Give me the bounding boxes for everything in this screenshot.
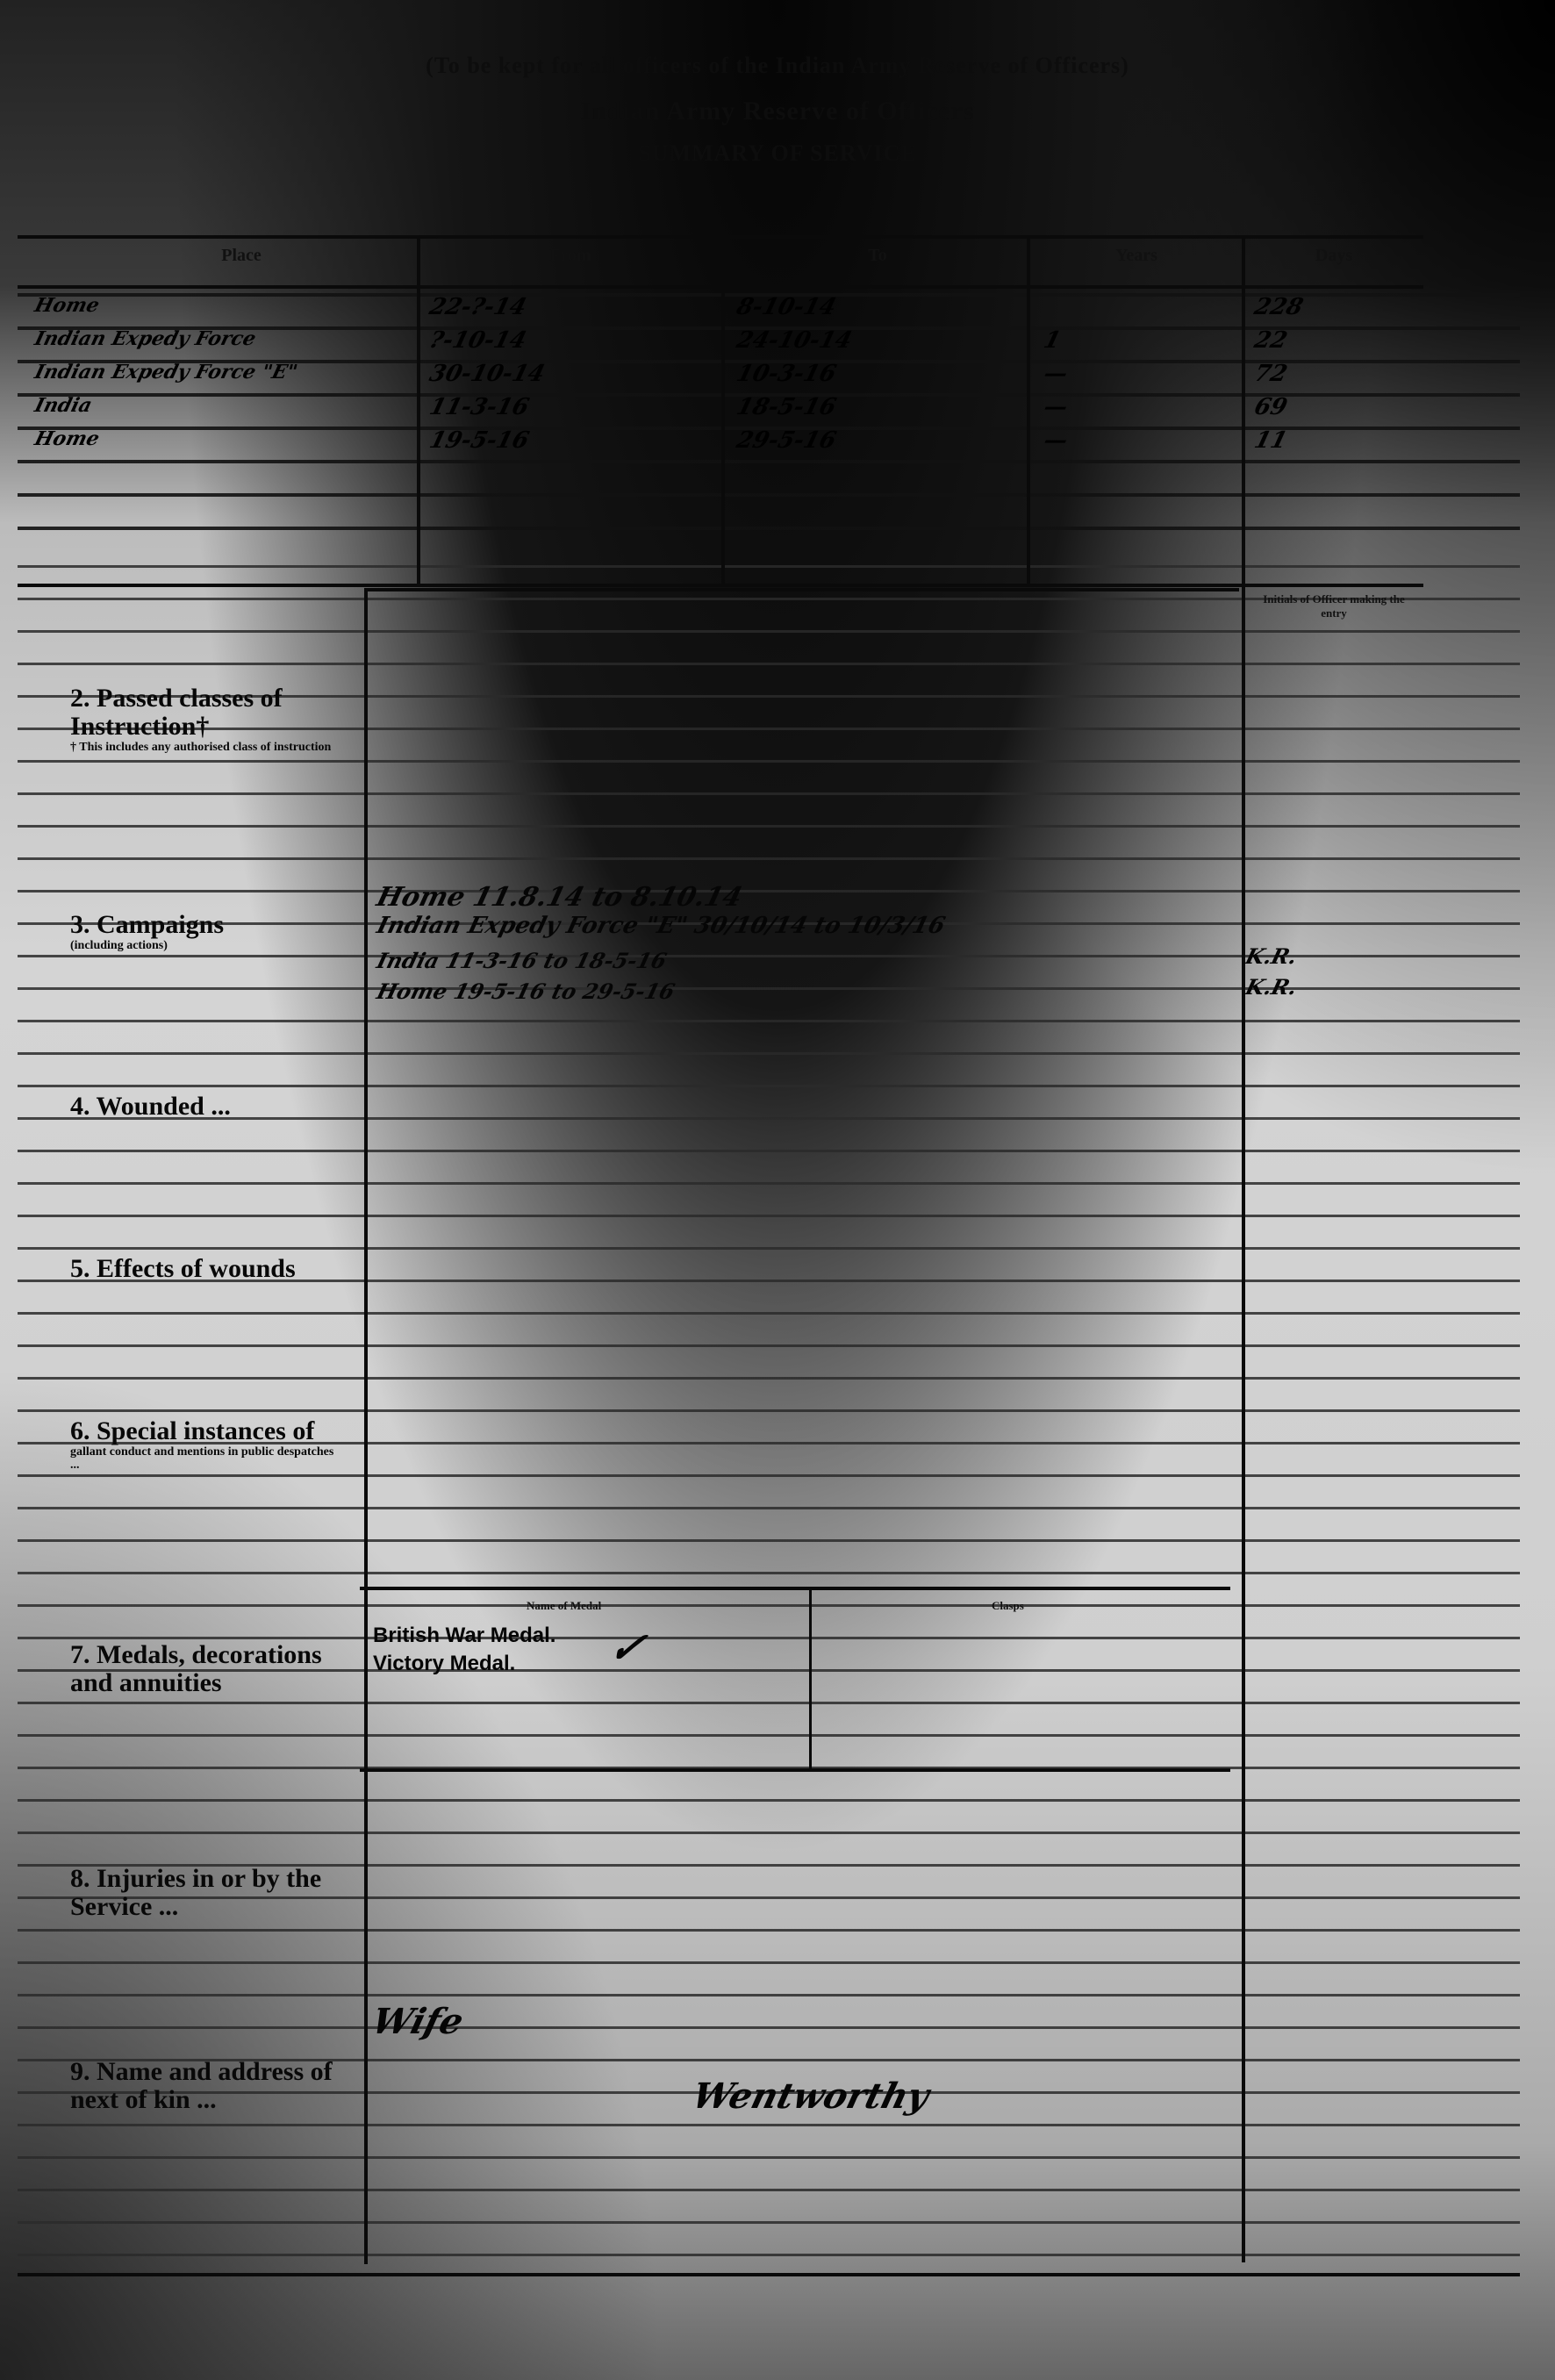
medal-col-divider [809, 1587, 812, 1771]
campaign-entry: India 11-3-16 to 18-5-16 [374, 948, 669, 973]
initials-header: Initials of Officer making the entry [1255, 592, 1413, 620]
table-cell-from: 11-3-16 [426, 394, 532, 420]
next-of-kin-relation: Wife [368, 2001, 468, 2042]
medal-name-header: Name of Medal [527, 1599, 601, 1613]
col-to: To [728, 246, 1027, 266]
medal-box-top [360, 1587, 1230, 1590]
initials-entry: K.R. [1243, 974, 1300, 1000]
table-cell-to: 29-5-16 [734, 427, 839, 454]
section-3-label: 3. Campaigns (including actions) [70, 911, 342, 952]
medal-box-bottom [360, 1768, 1230, 1772]
header-line-1: (To be kept for all officers of the Indi… [0, 53, 1555, 79]
campaign-entry: Indian Expedy Force "E" 30/10/14 to 10/3… [374, 913, 948, 939]
table-cell-to: 10-3-16 [734, 361, 839, 387]
table-header-rule [18, 285, 1423, 289]
section-8-label: 8. Injuries in or by the Service ... [70, 1865, 342, 1921]
table-cell-from: 19-5-16 [426, 427, 532, 454]
document-header: (To be kept for all officers of the Indi… [0, 53, 1555, 167]
section-2-label: 2. Passed classes of Instruction† † This… [70, 685, 342, 754]
service-record-page: (To be kept for all officers of the Indi… [0, 0, 1555, 2380]
initials-divider [1242, 235, 1245, 2262]
table-cell-from: 22-?-14 [426, 294, 529, 320]
table-cell-from: 30-10-14 [426, 361, 548, 387]
table-cell-from: ?-10-14 [426, 327, 529, 354]
section-4-label: 4. Wounded ... [70, 1093, 342, 1121]
campaign-entry: Home 19-5-16 to 29-5-16 [374, 979, 677, 1004]
table-bottom-rule [18, 584, 1423, 587]
col-divider [1027, 235, 1030, 586]
table-cell-days: 11 [1251, 427, 1290, 454]
col-days: Days [1246, 246, 1422, 266]
table-cell-to: 18-5-16 [734, 394, 839, 420]
table-cell-to: 8-10-14 [734, 294, 839, 320]
table-cell-place: Indian Expedy Force [32, 327, 259, 350]
section-2-note: † This includes any authorised class of … [70, 741, 342, 754]
table-cell-days: 22 [1251, 327, 1290, 354]
section-3-title: 3. Campaigns [70, 910, 224, 939]
section-9-label: 9. Name and address of next of kin ... [70, 2058, 342, 2114]
header-line-3: SUMMARY OF SERVICE [0, 140, 1555, 167]
table-cell-place: Indian Expedy Force "E" [32, 361, 300, 384]
col-place: Place [132, 246, 351, 266]
section-3-note: (including actions) [70, 939, 342, 952]
section-6-note: gallant conduct and mentions in public d… [70, 1445, 342, 1472]
section-6-title: 6. Special instances of [70, 1416, 314, 1445]
body-ruling [18, 535, 1520, 2275]
table-cell-days: 69 [1251, 394, 1290, 420]
col-from: From [421, 246, 720, 266]
table-cell-place: Home [32, 427, 102, 450]
col-divider [721, 235, 725, 586]
body-top-rule [364, 588, 1239, 591]
medal-clasps-header: Clasps [992, 1599, 1024, 1613]
section-7-label: 7. Medals, decorations and annuities [70, 1641, 342, 1697]
col-years: Years [1031, 246, 1242, 266]
section-2-title: 2. Passed classes of Instruction† [70, 684, 283, 741]
medal-british-war: British War Medal. [373, 1624, 555, 1648]
section-5-label: 5. Effects of wounds [70, 1255, 342, 1283]
table-cell-place: India [32, 394, 95, 417]
table-cell-place: Home [32, 294, 102, 317]
col-divider [417, 235, 420, 586]
section-6-label: 6. Special instances of gallant conduct … [70, 1417, 342, 1472]
table-cell-to: 24-10-14 [734, 327, 855, 354]
campaign-entry: Home 11.8.14 to 8.10.14 [374, 882, 746, 913]
header-line-2: Indian Army Reserve of Officers [0, 97, 1555, 126]
label-divider [364, 588, 368, 2264]
next-of-kin-name: Wentworthy [688, 2075, 933, 2117]
medal-victory: Victory Medal. [373, 1652, 515, 1676]
initials-entry: K.R. [1243, 943, 1300, 969]
table-top-rule [18, 235, 1423, 239]
body-bottom-rule [18, 2273, 1520, 2276]
table-cell-days: 72 [1251, 361, 1290, 387]
table-cell-days: 228 [1251, 294, 1306, 320]
